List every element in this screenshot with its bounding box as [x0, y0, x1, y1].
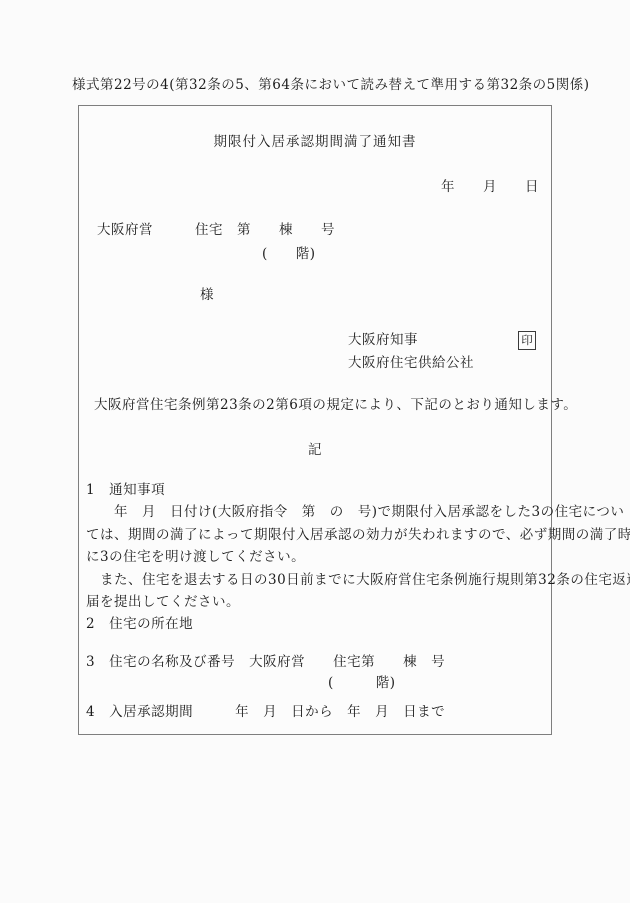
- item-1-line: また、住宅を退去する日の30日前までに大阪府営住宅条例施行規則第32条の住宅返還: [86, 569, 544, 592]
- item-3-housing-name-number: 3 住宅の名称及び番号 大阪府営 住宅第 棟 号: [86, 655, 445, 670]
- notice-title: 期限付入居承認期間満了通知書: [79, 135, 551, 150]
- seal-mark: 印: [521, 335, 533, 347]
- item-1-line: に3の住宅を明け渡してください。: [86, 546, 544, 569]
- item-1-body: 年 月 日付け(大阪府指令 第 の 号)で期限付入居承認をした3の住宅につい て…: [86, 501, 544, 614]
- item-1-line: 年 月 日付け(大阪府指令 第 の 号)で期限付入居承認をした3の住宅につい: [86, 501, 544, 524]
- item-1-line: 届を提出してください。: [86, 591, 544, 614]
- recipient-honorific: 様: [200, 288, 214, 303]
- sender-corporation-name: 大阪府住宅供給公社: [348, 356, 474, 371]
- issue-date-line: 年 月 日: [441, 180, 539, 195]
- item-4-approval-period: 4 入居承認期間 年 月 日から 年 月 日まで: [86, 705, 445, 720]
- item-2-housing-location: 2 住宅の所在地: [86, 617, 193, 632]
- intro-paragraph: 大阪府営住宅条例第23条の2第6項の規定により、下記のとおり通知します。: [94, 398, 577, 413]
- form-number: 様式第22号の4(第32条の5、第64条において読み替えて準用する第32条の5関…: [72, 78, 590, 93]
- recipient-floor-line: ( 階): [262, 247, 316, 262]
- sender-governor-name: 大阪府知事: [348, 333, 418, 348]
- official-seal-box: 印: [518, 331, 536, 350]
- document-page: 様式第22号の4(第32条の5、第64条において読み替えて準用する第32条の5関…: [0, 0, 630, 903]
- notice-form-border: 期限付入居承認期間満了通知書 年 月 日 大阪府営 住宅 第 棟 号 ( 階) …: [78, 105, 552, 735]
- item-1-line: ては、期間の満了によって期限付入居承認の効力が失われますので、必ず期間の満了時: [86, 524, 544, 547]
- item-3-floor-line: ( 階): [328, 676, 396, 691]
- recipient-housing-line: 大阪府営 住宅 第 棟 号: [97, 223, 335, 238]
- item-1-heading: 1 通知事項: [86, 483, 165, 498]
- record-mark: 記: [79, 443, 551, 458]
